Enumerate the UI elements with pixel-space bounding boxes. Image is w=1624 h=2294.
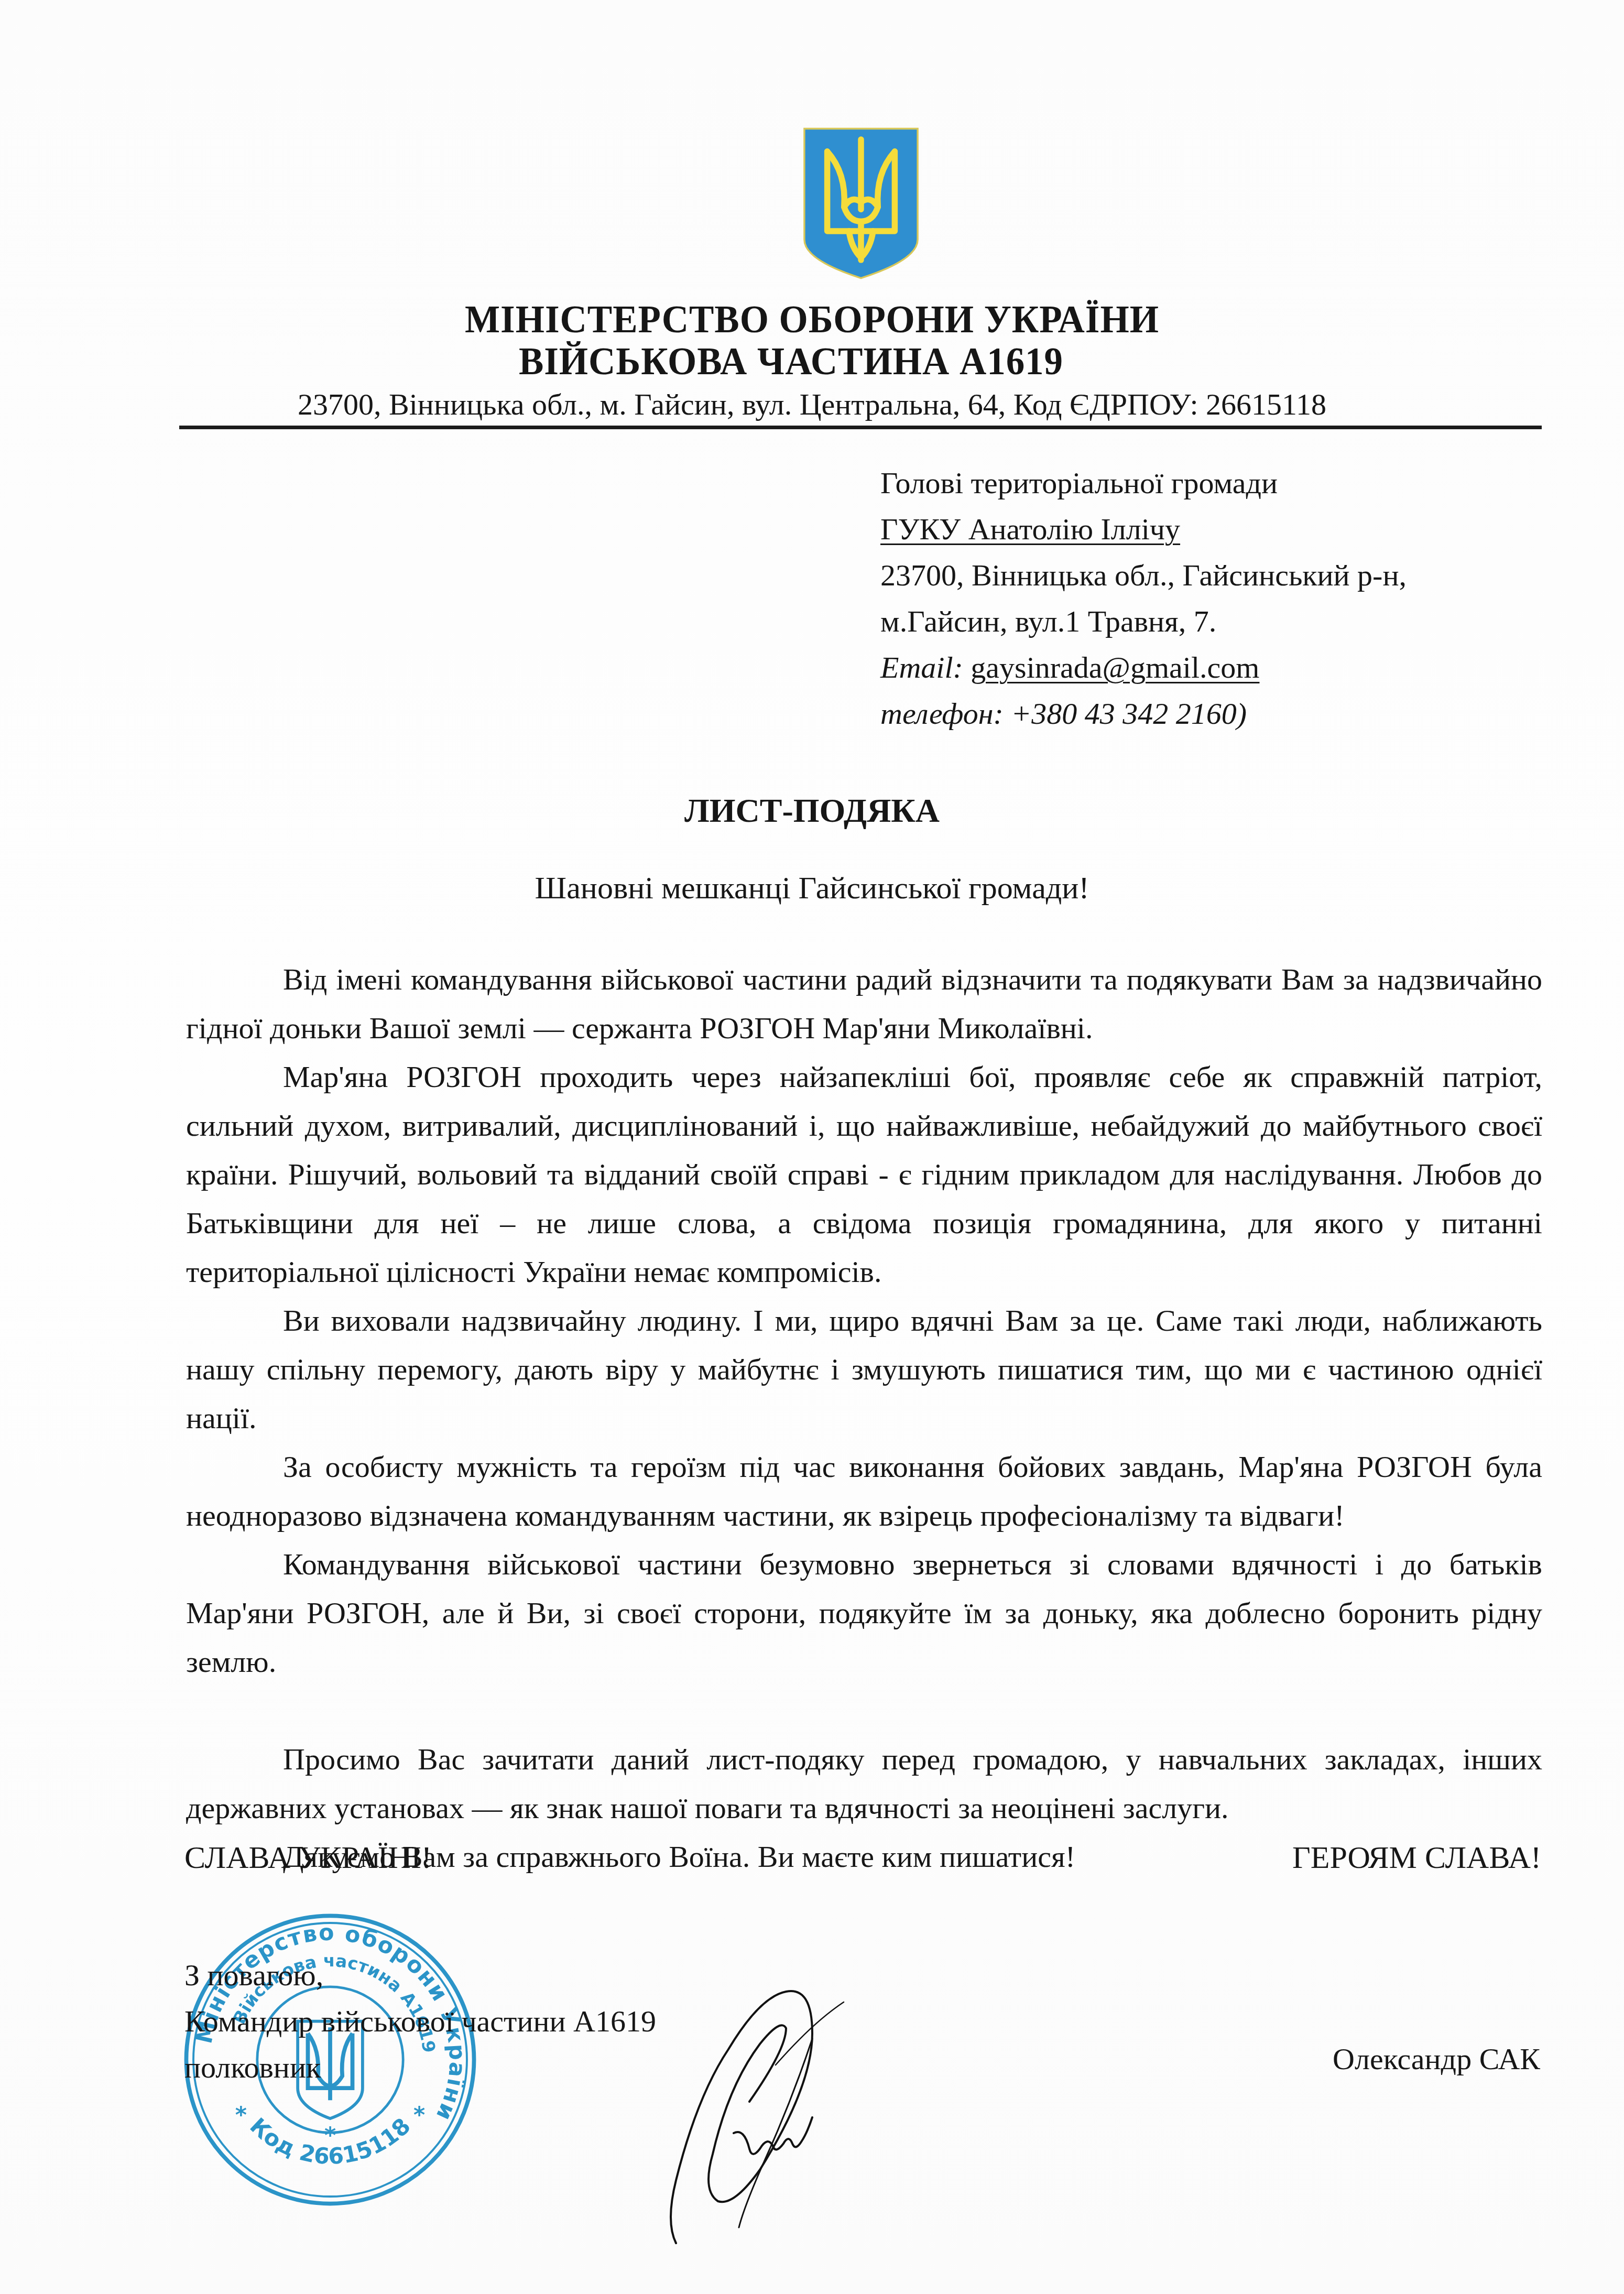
recipient-name: ГУКУ Анатолію Іллічу — [880, 506, 1407, 552]
salutation: Шановні мешканці Гайсинської громади! — [0, 870, 1624, 906]
svg-text:*: * — [413, 2103, 425, 2128]
paragraph: Мар'яна РОЗГОН проходить через найзапекл… — [186, 1052, 1542, 1296]
heroyam-slava: ГЕРОЯМ СЛАВА! — [1292, 1840, 1541, 1876]
recipient-title: Голові територіальної громади — [880, 460, 1407, 506]
email-label: Email: — [880, 650, 963, 684]
signer-position: Командир військової частини А1619 — [184, 1998, 656, 2045]
letterhead-ministry: МІНІСТЕРСТВО ОБОРОНИ УКРАЇНИ — [32, 298, 1592, 342]
handwritten-signature-icon — [655, 1929, 1032, 2254]
paragraph: Від імені командування військової частин… — [186, 955, 1542, 1052]
regards: З повагою, — [184, 1952, 656, 1998]
svg-text:*: * — [324, 2123, 336, 2149]
paragraph: Просимо Вас зачитати даний лист-подяку п… — [186, 1735, 1542, 1832]
letter-page: МІНІСТЕРСТВО ОБОРОНИ УКРАЇНИ ВІЙСЬКОВА Ч… — [0, 0, 1624, 2294]
slava-ukraini: СЛАВА УКРАЇНІ! — [184, 1840, 432, 1876]
paragraph: Ви виховали надзвичайну людину. І ми, щи… — [186, 1296, 1542, 1442]
paragraph: Командування військової частини безумовн… — [186, 1540, 1542, 1686]
coat-of-arms-icon — [801, 125, 921, 282]
signature-block: З повагою, Командир військової частини А… — [184, 1952, 656, 2091]
letterhead-unit: ВІЙСЬКОВА ЧАСТИНА А1619 — [12, 340, 1571, 384]
signer-name: Олександр САК — [1333, 2041, 1540, 2076]
email-link[interactable]: gaysinrada@gmail.com — [971, 650, 1259, 684]
recipient-address-1: 23700, Вінницька обл., Гайсинський р-н, — [880, 552, 1407, 599]
recipient-email-row: Email: gaysinrada@gmail.com — [880, 645, 1407, 691]
recipient-address-2: м.Гайсин, вул.1 Травня, 7. — [880, 599, 1407, 645]
svg-text:*: * — [235, 2103, 247, 2128]
signer-rank: полковник — [184, 2045, 656, 2091]
letterhead-divider — [179, 426, 1542, 429]
letterhead-address: 23700, Вінницька обл., м. Гайсин, вул. Ц… — [0, 387, 1624, 422]
paragraph: За особисту мужність та героїзм під час … — [186, 1442, 1542, 1540]
recipient-phone: телефон: +380 43 342 2160) — [880, 691, 1407, 737]
letter-body: Від імені командування військової частин… — [186, 955, 1542, 1881]
letter-title: ЛИСТ-ПОДЯКА — [0, 791, 1624, 830]
recipient-block: Голові територіальної громади ГУКУ Анато… — [880, 460, 1407, 737]
